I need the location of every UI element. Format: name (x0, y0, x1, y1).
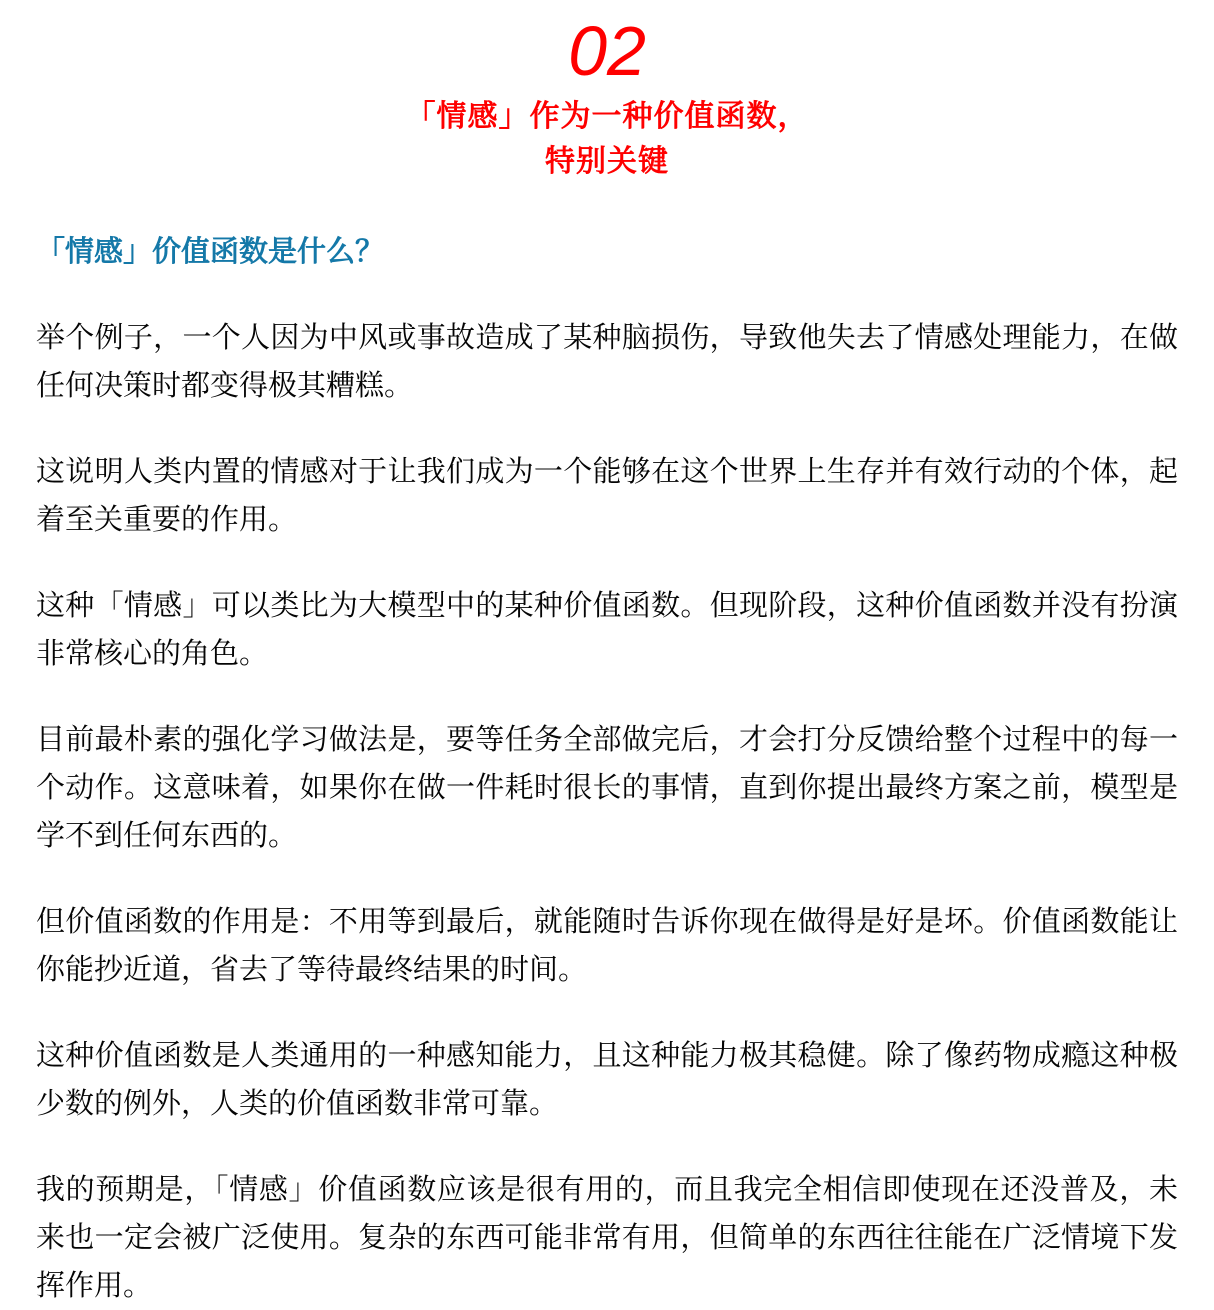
paragraph: 这种价值函数是人类通用的一种感知能力，且这种能力极其稳健。除了像药物成瘾这种极少… (36, 1032, 1178, 1128)
section-title-line-2: 特别关键 (36, 139, 1178, 184)
section-title-line-1: 「情感」作为一种价值函数， (36, 94, 1178, 139)
paragraph: 这说明人类内置的情感对于让我们成为一个能够在这个世界上生存并有效行动的个体，起着… (36, 448, 1178, 544)
article-page: 02 「情感」作为一种价值函数， 特别关键 「情感」价值函数是什么？ 举个例子，… (0, 0, 1214, 1310)
section-number: 02 (36, 16, 1178, 86)
paragraph: 目前最朴素的强化学习做法是，要等任务全部做完后，才会打分反馈给整个过程中的每一个… (36, 716, 1178, 860)
section-title: 「情感」作为一种价值函数， 特别关键 (36, 94, 1178, 184)
section-subtitle: 「情感」价值函数是什么？ (36, 228, 1178, 276)
article-body: 举个例子，一个人因为中风或事故造成了某种脑损伤，导致他失去了情感处理能力，在做任… (36, 314, 1178, 1310)
paragraph: 举个例子，一个人因为中风或事故造成了某种脑损伤，导致他失去了情感处理能力，在做任… (36, 314, 1178, 410)
paragraph: 但价值函数的作用是：不用等到最后，就能随时告诉你现在做得是好是坏。价值函数能让你… (36, 898, 1178, 994)
paragraph: 我的预期是，「情感」价值函数应该是很有用的，而且我完全相信即使现在还没普及，未来… (36, 1166, 1178, 1310)
paragraph: 这种「情感」可以类比为大模型中的某种价值函数。但现阶段，这种价值函数并没有扮演非… (36, 582, 1178, 678)
